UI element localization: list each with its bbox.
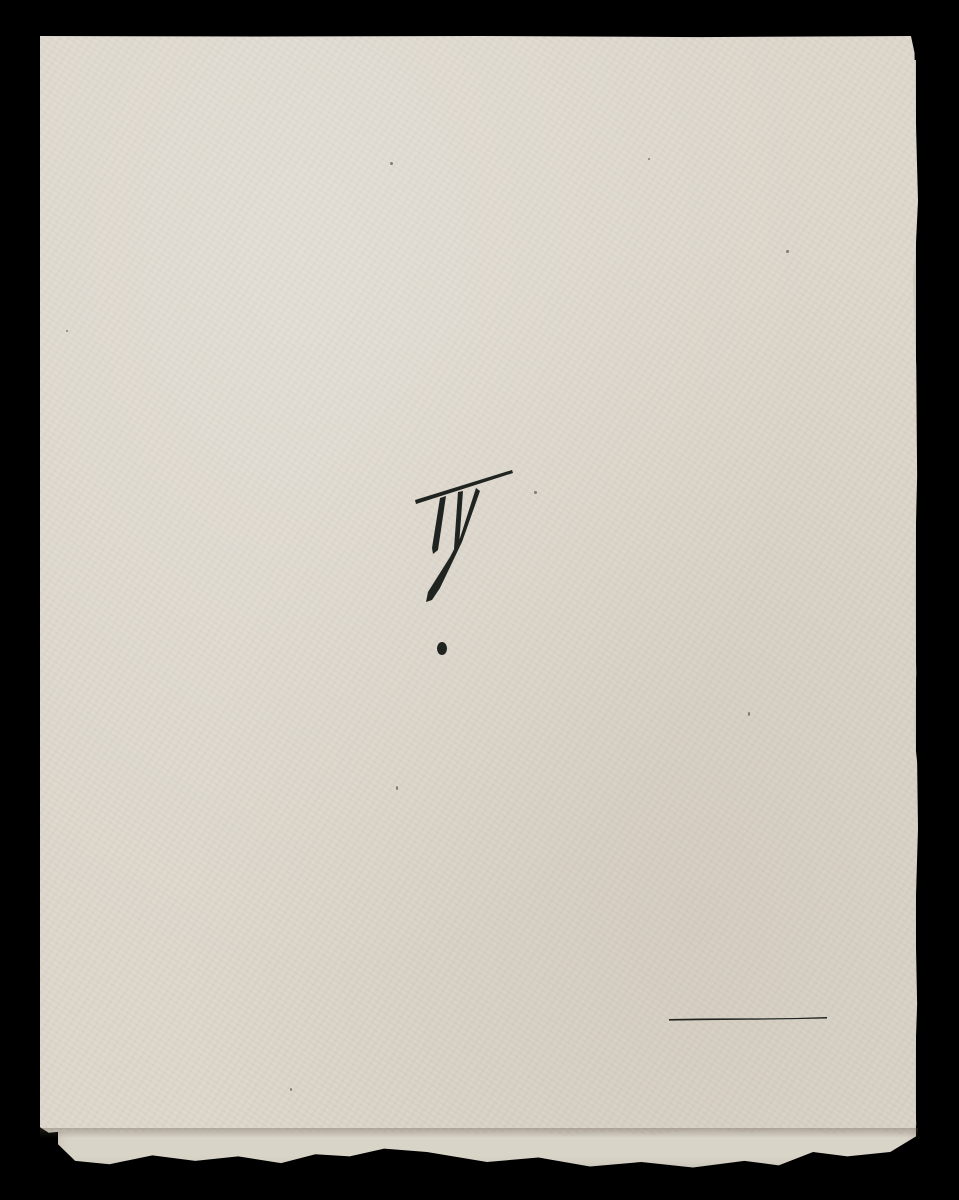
black-backdrop: IV — [0, 0, 959, 1200]
inked-numeral-icon — [410, 462, 520, 607]
paper-speck — [66, 330, 68, 332]
paper-speck — [290, 1088, 292, 1091]
inked-horizontal-rule — [668, 1016, 828, 1021]
paper-speck — [534, 491, 537, 494]
ink-dot — [437, 642, 447, 655]
roman-numeral-inscription: IV — [410, 462, 520, 607]
paper-speck — [396, 786, 398, 790]
paper-speck — [648, 158, 650, 160]
paper-speck — [390, 162, 393, 165]
paper-speck — [748, 712, 750, 716]
paper-speck — [786, 250, 789, 253]
